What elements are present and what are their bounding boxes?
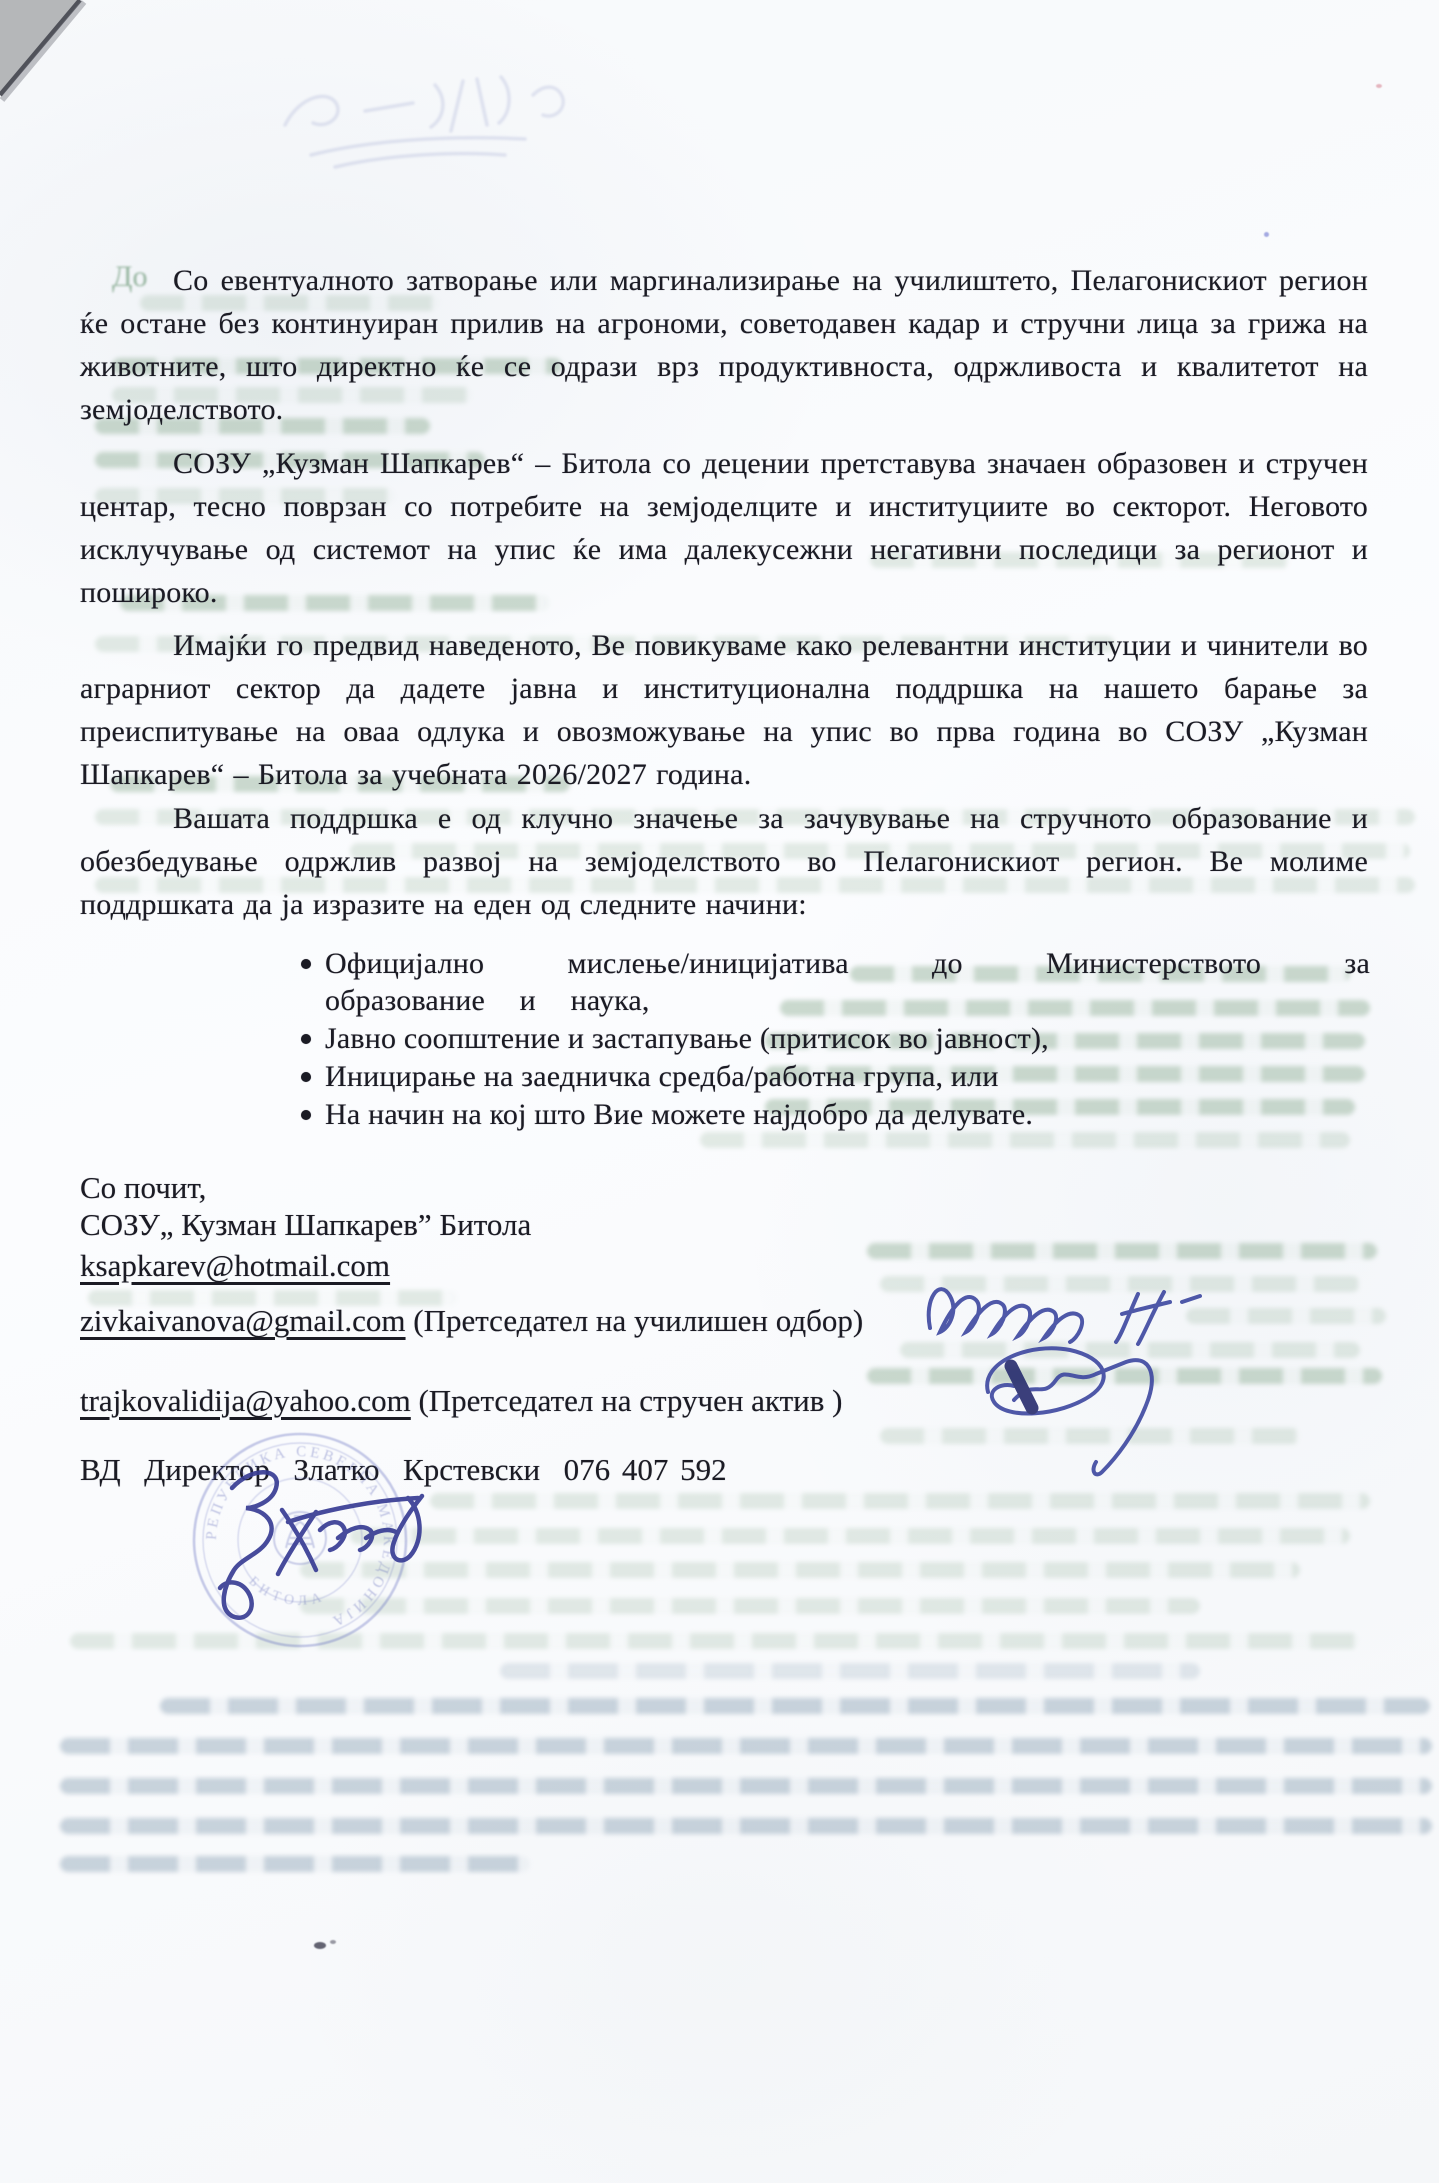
contact-line-professional-body: trajkovalidija@yahoo.com (Претседател на…: [80, 1383, 842, 1419]
bleed-through-line: [60, 1818, 1432, 1834]
scanned-paper-page: До Со евентуалното затворање или маргина…: [0, 0, 1439, 2183]
email-link-trajkovalidija: trajkovalidija@yahoo.com: [80, 1383, 411, 1418]
email-link-zivkaivanova: zivkaivanova@gmail.com: [80, 1303, 406, 1338]
bleed-through-line: [160, 1698, 1430, 1714]
bleed-through-line: [430, 1493, 1370, 1509]
organization-name: СОЗУ„ Кузман Шапкарев” Битола: [80, 1207, 531, 1243]
contact-line-main-email: ksapkarev@hotmail.com: [80, 1248, 390, 1284]
bleed-through-line: [300, 1562, 1300, 1578]
contact-role: (Претседател на училишен одбор): [406, 1303, 864, 1338]
corner-fold: [0, 0, 130, 130]
ink-speck: [1264, 232, 1269, 237]
paragraph-school-importance: СОЗУ „Кузман Шапкарев“ – Битола со децен…: [80, 442, 1368, 614]
ink-speck: [314, 1942, 326, 1949]
director-signature: [170, 1458, 450, 1628]
paragraph-call-for-support: Имајќи го предвид наведеното, Ве повикув…: [80, 624, 1368, 796]
list-item: Официјално мислење/иницијатива до Минист…: [325, 945, 1370, 1019]
bleed-through-line: [60, 1856, 530, 1872]
contact-line-board-president: zivkaivanova@gmail.com (Претседател на у…: [80, 1303, 863, 1339]
board-president-signature: [900, 1250, 1300, 1490]
contact-role: (Претседател на стручен актив ): [411, 1383, 843, 1418]
bleed-through-line: [700, 1132, 1350, 1148]
list-item: На начин на кој што Вие можете најдобро …: [325, 1096, 1370, 1133]
email-link-ksapkarev: ksapkarev@hotmail.com: [80, 1248, 390, 1283]
paragraph-closure-consequences: Со евентуалното затворање или маргинализ…: [80, 259, 1368, 431]
salutation: Со почит,: [80, 1170, 206, 1206]
list-item: Иницирање на заедничка средба/работна гр…: [325, 1058, 1370, 1095]
bleed-through-line: [60, 1778, 1432, 1794]
bleed-through-line: [500, 1663, 1200, 1679]
scanned-letter-screenshot: { "document": { "language": "Macedonian"…: [0, 0, 1439, 2183]
paragraph-support-request: Вашата поддршка е од клучно значење за з…: [80, 797, 1368, 926]
list-item: Јавно соопштение и застапување (притисок…: [325, 1020, 1370, 1057]
ink-speck: [1376, 84, 1382, 88]
bleed-through-line: [350, 1528, 1350, 1544]
bleed-through-line: [60, 1738, 1432, 1754]
support-options-list: Официјално мислење/иницијатива до Минист…: [80, 945, 1370, 1134]
handwritten-note-top: [215, 55, 675, 185]
ink-speck: [330, 1940, 336, 1944]
